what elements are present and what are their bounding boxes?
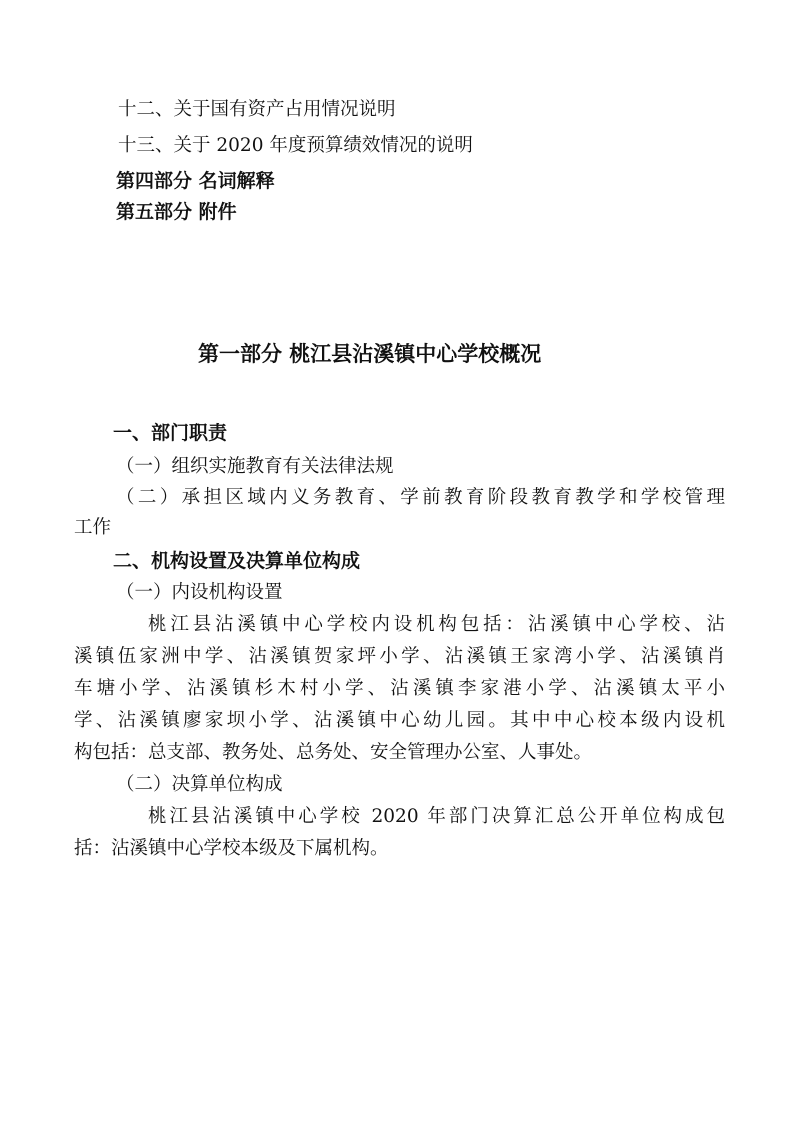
part1-title: 第一部分 桃江县沾溪镇中心学校概况 — [198, 342, 541, 366]
toc-part-5: 第五部分 附件 — [116, 200, 237, 224]
sub2-para-line1: 桃江县沾溪镇中心学校 2020 年部门决算汇总公开单位构成包 — [148, 805, 725, 829]
sub1-para-line5: 构包括：总支部、教务处、总务处、安全管理办公室、人事处。 — [74, 741, 592, 765]
section1-heading: 一、部门职责 — [113, 421, 227, 445]
toc-item-12: 十二、关于国有资产占用情况说明 — [118, 98, 396, 122]
section1-item1: （一）组织实施教育有关法律法规 — [116, 455, 394, 479]
sub2-para-line2: 括：沾溪镇中心学校本级及下属机构。 — [74, 837, 389, 861]
sub1-heading: （一）内设机构设置 — [116, 581, 283, 605]
toc-item-13: 十三、关于 2020 年度预算绩效情况的说明 — [118, 134, 473, 158]
sub2-heading: （二）决算单位构成 — [116, 773, 283, 797]
toc-part-4: 第四部分 名词解释 — [116, 169, 275, 193]
sub1-para-line1: 桃江县沾溪镇中心学校内设机构包括：沾溪镇中心学校、沾 — [148, 613, 725, 637]
section1-item2-line2: 工作 — [74, 516, 111, 540]
section2-heading: 二、机构设置及决算单位构成 — [113, 549, 360, 573]
sub1-para-line2: 溪镇伍家洲中学、沾溪镇贺家坪小学、沾溪镇王家湾小学、沾溪镇肖 — [74, 645, 725, 669]
section1-item2-line1: （二）承担区域内义务教育、学前教育阶段教育教学和学校管理 — [116, 486, 725, 510]
sub1-para-line3: 车塘小学、沾溪镇杉木村小学、沾溪镇李家港小学、沾溪镇太平小 — [74, 677, 725, 701]
sub1-para-line4: 学、沾溪镇廖家坝小学、沾溪镇中心幼儿园。其中中心校本级内设机 — [74, 709, 725, 733]
